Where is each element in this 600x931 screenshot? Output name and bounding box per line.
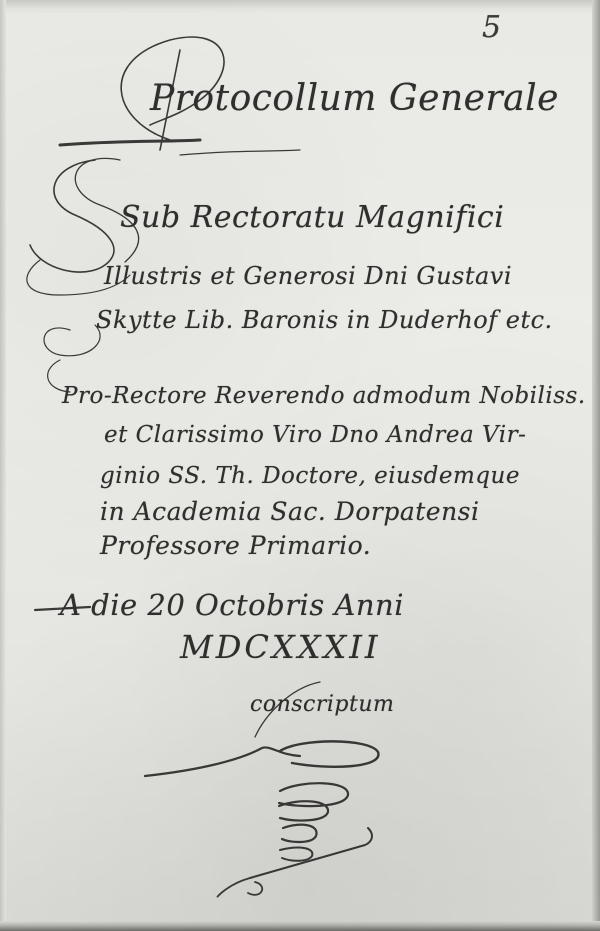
text-line-2: Illustris et Generosi Dni Gustavi — [104, 262, 512, 290]
photo-right-edge — [592, 0, 600, 931]
photo-bottom-edge — [0, 921, 600, 931]
text-line-5: et Clarissimo Viro Dno Andrea Vir- — [104, 422, 526, 448]
photo-left-edge — [0, 0, 6, 931]
page-number: 5 — [482, 10, 502, 45]
manuscript-photo: 5 Protocollum Generale Sub Rectoratu Mag… — [0, 0, 600, 931]
conscriptum-line: conscriptum — [250, 692, 394, 717]
text-line-1: Sub Rectoratu Magnifici — [120, 200, 504, 235]
document-title: Protocollum Generale — [150, 78, 559, 119]
date-line: A die 20 Octobris Anni — [60, 588, 404, 622]
text-line-3: Skytte Lib. Baronis in Duderhof etc. — [96, 306, 553, 334]
year-roman: MDCXXXII — [180, 628, 381, 666]
text-line-6: ginio SS. Th. Doctore, eiusdemque — [100, 463, 520, 489]
text-line-8: Professore Primario. — [100, 531, 371, 560]
text-line-7: in Academia Sac. Dorpatensi — [100, 497, 480, 526]
text-line-4: Pro-Rectore Reverendo admodum Nobiliss. — [62, 383, 586, 409]
photo-top-edge — [0, 0, 600, 10]
